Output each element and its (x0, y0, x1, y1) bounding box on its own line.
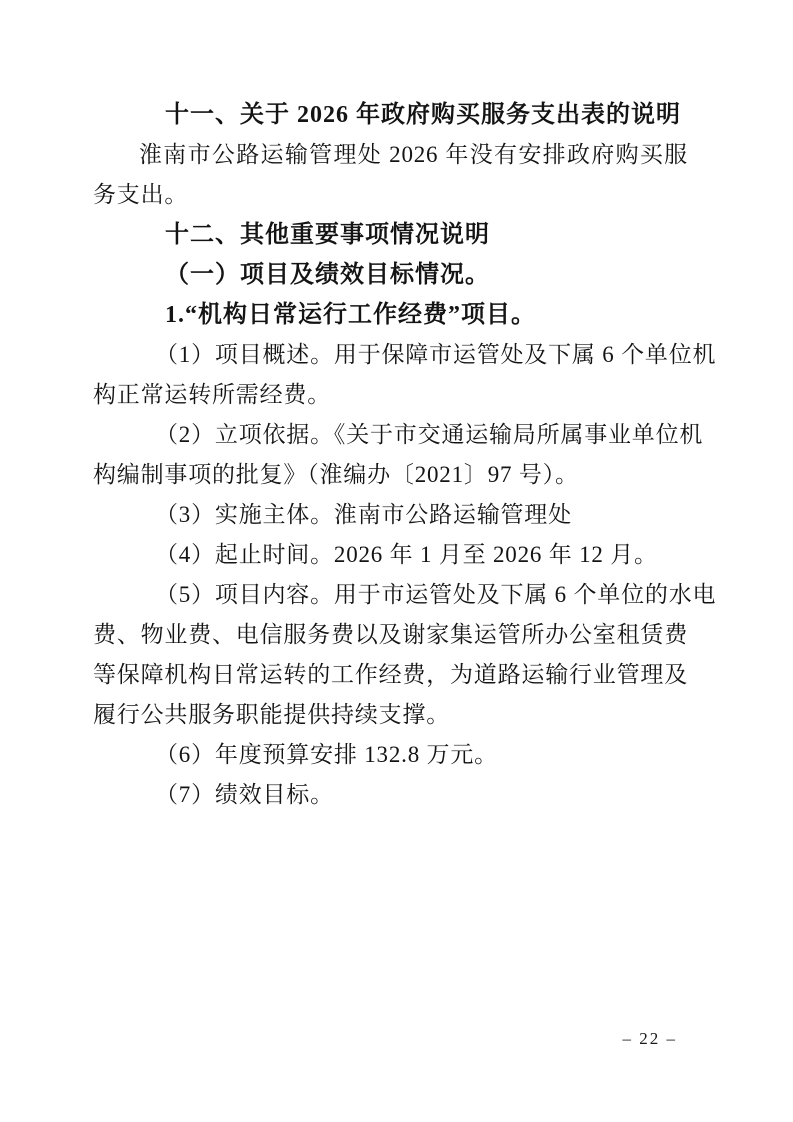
text-line: 十一、关于 2026 年政府购买服务支出表的说明 (93, 95, 688, 135)
document-content: 十一、关于 2026 年政府购买服务支出表的说明淮南市公路运输管理处 2026 … (93, 95, 688, 815)
section-11-body: 淮南市公路运输管理处 2026 年没有安排政府购买服务支出。 (93, 135, 688, 215)
item-7-performance: （7）绩效目标。 (93, 775, 688, 815)
text-line: 费、物业费、电信服务费以及谢家集运管所办公室租赁费 (93, 615, 688, 655)
text-line: 1.“机构日常运行工作经费”项目。 (93, 295, 688, 335)
text-line: 构编制事项的批复》（淮编办〔2021〕97 号）。 (93, 455, 688, 495)
document-page: 十一、关于 2026 年政府购买服务支出表的说明淮南市公路运输管理处 2026 … (0, 0, 793, 1122)
section-12-heading: 十二、其他重要事项情况说明 (93, 215, 688, 255)
section-11-heading: 十一、关于 2026 年政府购买服务支出表的说明 (93, 95, 688, 135)
project-1-heading: 1.“机构日常运行工作经费”项目。 (93, 295, 688, 335)
text-line: 履行公共服务职能提供持续支撑。 (93, 695, 688, 735)
text-line: 十二、其他重要事项情况说明 (93, 215, 688, 255)
text-line: （2）立项依据。《关于市交通运输局所属事业单位机 (93, 415, 688, 455)
text-line: （6）年度预算安排 132.8 万元。 (93, 735, 688, 775)
text-line: （7）绩效目标。 (93, 775, 688, 815)
item-3-entity: （3）实施主体。淮南市公路运输管理处 (93, 495, 688, 535)
text-line: （5）项目内容。用于市运管处及下属 6 个单位的水电 (93, 575, 688, 615)
subsection-1-heading: （一）项目及绩效目标情况。 (93, 255, 688, 295)
page-number: – 22 – (623, 1028, 678, 1050)
text-line: （1）项目概述。用于保障市运管处及下属 6 个单位机 (93, 335, 688, 375)
text-line: 务支出。 (93, 175, 688, 215)
text-line: （4）起止时间。2026 年 1 月至 2026 年 12 月。 (93, 535, 688, 575)
item-1-overview: （1）项目概述。用于保障市运管处及下属 6 个单位机构正常运转所需经费。 (93, 335, 688, 415)
text-line: 等保障机构日常运转的工作经费，为道路运输行业管理及 (93, 655, 688, 695)
item-2-basis: （2）立项依据。《关于市交通运输局所属事业单位机构编制事项的批复》（淮编办〔20… (93, 415, 688, 495)
text-line: 淮南市公路运输管理处 2026 年没有安排政府购买服 (93, 135, 688, 175)
text-line: （一）项目及绩效目标情况。 (93, 255, 688, 295)
text-line: （3）实施主体。淮南市公路运输管理处 (93, 495, 688, 535)
item-5-content: （5）项目内容。用于市运管处及下属 6 个单位的水电费、物业费、电信服务费以及谢… (93, 575, 688, 735)
item-6-budget: （6）年度预算安排 132.8 万元。 (93, 735, 688, 775)
text-line: 构正常运转所需经费。 (93, 375, 688, 415)
item-4-period: （4）起止时间。2026 年 1 月至 2026 年 12 月。 (93, 535, 688, 575)
